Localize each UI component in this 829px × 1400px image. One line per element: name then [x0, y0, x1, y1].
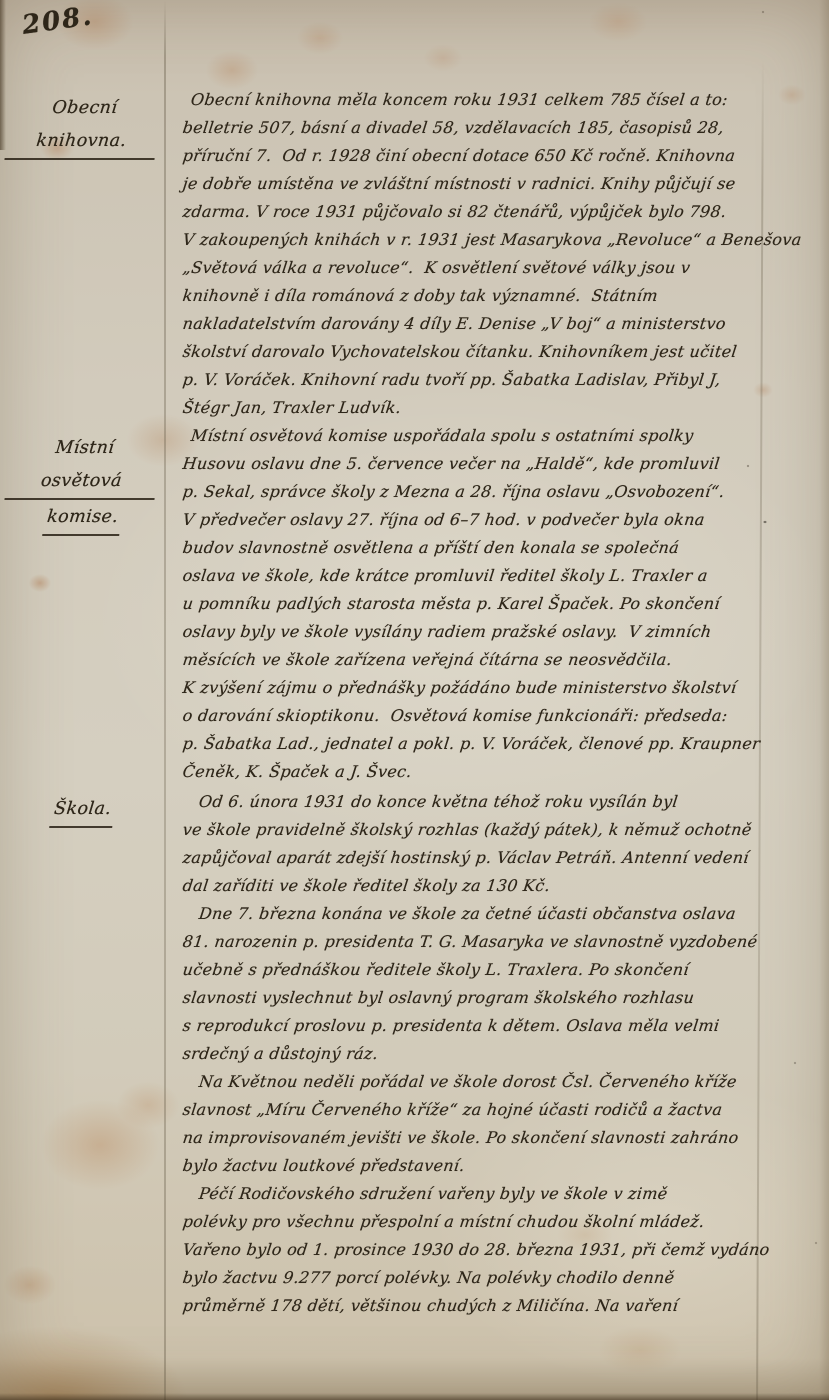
- margin-heading-line: Místní osvětová: [4, 432, 161, 500]
- margin-heading-obecni-knihovna: Obecní knihovna.: [8, 92, 158, 160]
- handwritten-line: učebně s přednáškou ředitele školy L. Tr…: [181, 956, 790, 984]
- handwritten-line: 81. narozenin p. presidenta T. G. Masary…: [181, 928, 790, 956]
- chronicle-page-scan: 208. Obecní knihovna. Obecní knihovna mě…: [0, 0, 829, 1400]
- handwritten-line: nakladatelstvím darovány 4 díly E. Denis…: [181, 310, 790, 338]
- margin-heading-mistni-osvetova-komise: Místní osvětová komise.: [8, 432, 158, 536]
- handwritten-line: ve škole pravidelně školský rozhlas (kaž…: [181, 816, 790, 844]
- handwritten-line: p. Šabatka Lad., jednatel a pokl. p. V. …: [181, 730, 790, 758]
- margin-heading-row: Škola.: [8, 792, 158, 828]
- handwritten-line: příruční 7. Od r. 1928 činí obecní dotac…: [181, 142, 790, 170]
- handwritten-line: Štégr Jan, Traxler Ludvík.: [181, 394, 790, 422]
- handwritten-line: Čeněk, K. Špaček a J. Švec.: [181, 758, 790, 786]
- handwritten-line: belletrie 507, básní a divadel 58, vzděl…: [181, 114, 790, 142]
- margin-heading-row: Místní osvětová: [8, 432, 158, 500]
- handwritten-line: Místní osvětová komise uspořádala spolu …: [181, 422, 790, 450]
- handwritten-line: Péčí Rodičovského sdružení vařeny byly v…: [181, 1180, 790, 1208]
- handwritten-line: zdarma. V roce 1931 půjčovalo si 82 čten…: [181, 198, 790, 226]
- handwritten-line: Obecní knihovna měla koncem roku 1931 ce…: [181, 86, 790, 114]
- margin-heading-line: Škola.: [50, 793, 117, 828]
- handwritten-line: dal zaříditi ve škole ředitel školy za 1…: [181, 872, 790, 900]
- handwritten-line: V zakoupených knihách v r. 1931 jest Mas…: [181, 226, 790, 254]
- section-text-obecni-knihovna: Obecní knihovna měla koncem roku 1931 ce…: [181, 86, 787, 422]
- page-edge-shadow-right: [819, 0, 829, 1400]
- page-edge-shadow-bottom: [0, 1393, 829, 1400]
- handwritten-line: s reprodukcí proslovu p. presidenta k dě…: [181, 1012, 790, 1040]
- handwritten-line: měsících ve škole zařízena veřejná čítár…: [181, 646, 790, 674]
- section-text-skola: Od 6. února 1931 do konce května téhož r…: [181, 788, 787, 1320]
- margin-heading-skola: Škola.: [8, 792, 158, 828]
- handwritten-line: knihovně i díla románová z doby tak význ…: [181, 282, 790, 310]
- handwritten-line: bylo žactvu 9.277 porcí polévky. Na polé…: [181, 1264, 790, 1292]
- handwritten-line: Dne 7. března konána ve škole za četné ú…: [181, 900, 790, 928]
- handwritten-line: průměrně 178 dětí, většinou chudých z Mi…: [181, 1292, 790, 1320]
- handwritten-line: K zvýšení zájmu o přednášky požádáno bud…: [181, 674, 790, 702]
- handwritten-line: oslava ve škole, kde krátce promluvil ře…: [181, 562, 790, 590]
- handwritten-line: je dobře umístěna ve zvláštní místnosti …: [181, 170, 790, 198]
- page-number: 208.: [20, 1, 95, 41]
- handwritten-line: o darování skioptikonu. Osvětová komise …: [181, 702, 790, 730]
- handwritten-line: na improvisovaném jevišti ve škole. Po s…: [181, 1124, 790, 1152]
- handwritten-line: slavnost „Míru Červeného kříže“ za hojné…: [181, 1096, 790, 1124]
- handwritten-line: p. Sekal, správce školy z Mezna a 28. ří…: [181, 478, 790, 506]
- handwritten-line: „Světová válka a revoluce“. K osvětlení …: [181, 254, 790, 282]
- handwritten-line: Husovu oslavu dne 5. července večer na „…: [181, 450, 790, 478]
- handwritten-line: Od 6. února 1931 do konce května téhož r…: [181, 788, 790, 816]
- margin-heading-row: komise.: [8, 500, 158, 536]
- handwritten-line: Vařeno bylo od 1. prosince 1930 do 28. b…: [181, 1236, 790, 1264]
- margin-heading-line: komise.: [43, 501, 124, 536]
- section-text-mistni-osvetova-komise: Místní osvětová komise uspořádala spolu …: [181, 422, 787, 786]
- handwritten-line: Na Květnou neděli pořádal ve škole doros…: [181, 1068, 790, 1096]
- handwritten-line: oslavy byly ve škole vysílány radiem pra…: [181, 618, 790, 646]
- handwritten-line: V předvečer oslavy 27. října od 6–7 hod.…: [181, 506, 790, 534]
- handwritten-line: slavnosti vyslechnut byl oslavný program…: [181, 984, 790, 1012]
- margin-heading-row: Obecní knihovna.: [8, 92, 158, 160]
- handwritten-line: srdečný a důstojný ráz.: [181, 1040, 790, 1068]
- margin-heading-line: Obecní knihovna.: [4, 92, 161, 160]
- page-edge-shadow-left: [0, 0, 6, 150]
- handwritten-line: školství darovalo Vychovatelskou čítanku…: [181, 338, 790, 366]
- handwritten-line: budov slavnostně osvětlena a příští den …: [181, 534, 790, 562]
- handwritten-line: polévky pro všechnu přespolní a místní c…: [181, 1208, 790, 1236]
- handwritten-line: u pomníku padlých starosta města p. Kare…: [181, 590, 790, 618]
- handwritten-line: p. V. Voráček. Knihovní radu tvoří pp. Š…: [181, 366, 790, 394]
- margin-rule-line: [164, 0, 166, 1400]
- handwritten-line: zapůjčoval aparát zdejší hostinský p. Vá…: [181, 844, 790, 872]
- handwritten-line: bylo žactvu loutkové představení.: [181, 1152, 790, 1180]
